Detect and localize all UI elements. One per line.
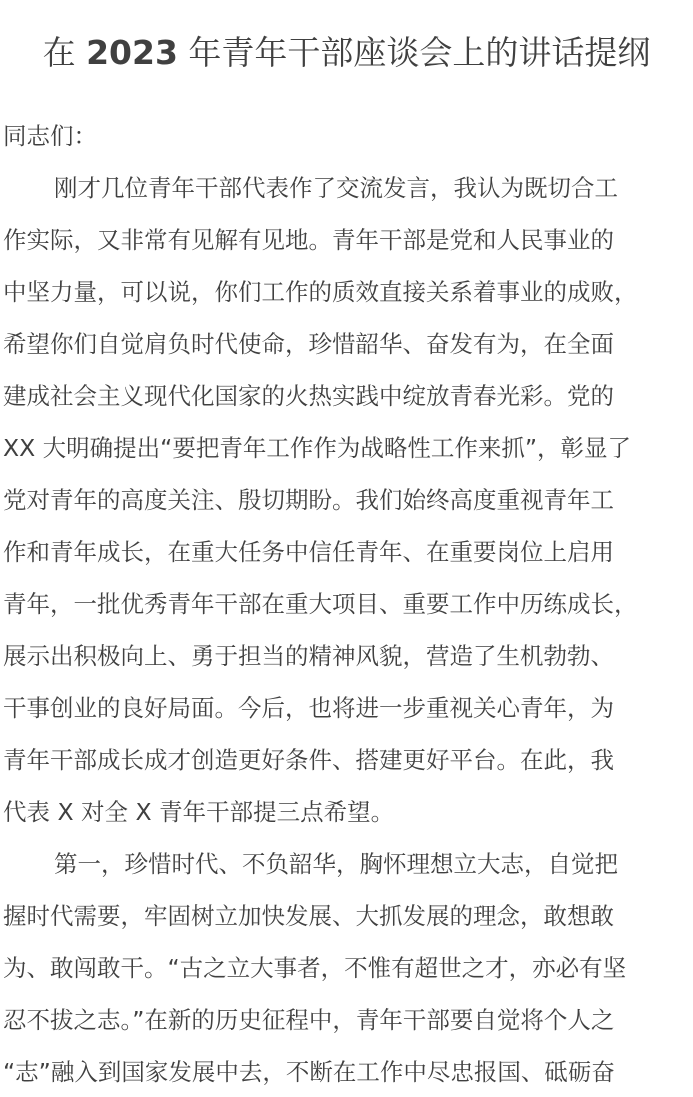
text-line: 握时代需要，牢固树立加快发展、大抓发展的理念，敢想敢: [3, 890, 693, 942]
salutation: 同志们：: [3, 110, 693, 162]
text-line: 建成社会主义现代化国家的火热实践中绽放青春光彩。党的: [3, 370, 693, 422]
title-year: 2023: [86, 33, 178, 72]
text-line: 展示出积极向上、勇于担当的精神风貌，营造了生机勃勃、: [3, 630, 693, 682]
text-line: 代表 X 对全 X 青年干部提三点希望。: [3, 786, 693, 838]
text-line: 作实际，又非常有见解有见地。青年干部是党和人民事业的: [3, 214, 693, 266]
text-line: 中坚力量，可以说，你们工作的质效直接关系着事业的成败，: [3, 266, 693, 318]
document-page: 在 2023 年青年干部座谈会上的讲话提纲 同志们： 刚才几位青年干部代表作了交…: [0, 0, 693, 1097]
text-line: 青年，一批优秀青年干部在重大项目、重要工作中历练成长，: [3, 578, 693, 630]
text-line: 青年干部成长成才创造更好条件、搭建更好平台。在此，我: [3, 734, 693, 786]
text-line: 忍不拔之志。”在新的历史征程中，青年干部要自觉将个人之: [3, 994, 693, 1046]
text-line: 刚才几位青年干部代表作了交流发言，我认为既切合工: [3, 162, 693, 214]
title-prefix: 在: [43, 33, 87, 72]
title-suffix: 年青年干部座谈会上的讲话提纲: [178, 33, 651, 72]
text-line: “志”融入到国家发展中去，不断在工作中尽忠报国、砥砺奋: [3, 1046, 693, 1097]
text-line: 干事创业的良好局面。今后，也将进一步重视关心青年，为: [3, 682, 693, 734]
text-line: 党对青年的高度关注、殷切期盼。我们始终高度重视青年工: [3, 474, 693, 526]
page-title: 在 2023 年青年干部座谈会上的讲话提纲: [0, 30, 693, 76]
text-line: 为、敢闯敢干。“古之立大事者，不惟有超世之才，亦必有坚: [3, 942, 693, 994]
text-line: 希望你们自觉肩负时代使命，珍惜韶华、奋发有为，在全面: [3, 318, 693, 370]
text-line: XX 大明确提出“要把青年工作作为战略性工作来抓”，彰显了: [3, 422, 693, 474]
text-line: 作和青年成长，在重大任务中信任青年、在重要岗位上启用: [3, 526, 693, 578]
text-line: 第一，珍惜时代、不负韶华，胸怀理想立大志，自觉把: [3, 838, 693, 890]
speech-body: 同志们： 刚才几位青年干部代表作了交流发言，我认为既切合工 作实际，又非常有见解…: [3, 110, 693, 1097]
